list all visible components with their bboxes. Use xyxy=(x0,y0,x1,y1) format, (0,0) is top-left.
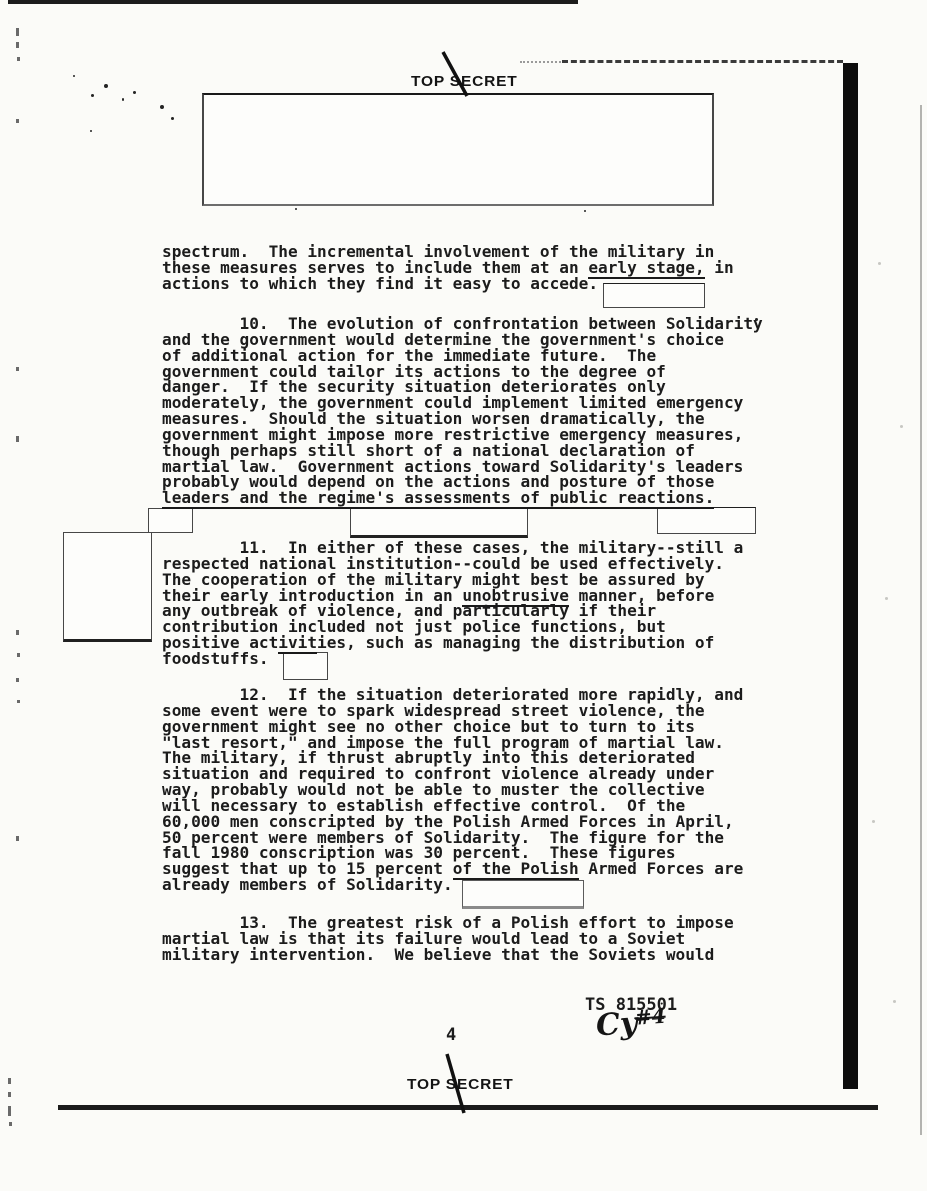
declassification-slash-bottom xyxy=(447,1054,464,1113)
declassification-slash-top xyxy=(443,52,467,96)
document-page: TOP SECRET TOP SECRET spectrum. The incr… xyxy=(0,0,927,1191)
slash-overlay xyxy=(0,0,927,1191)
